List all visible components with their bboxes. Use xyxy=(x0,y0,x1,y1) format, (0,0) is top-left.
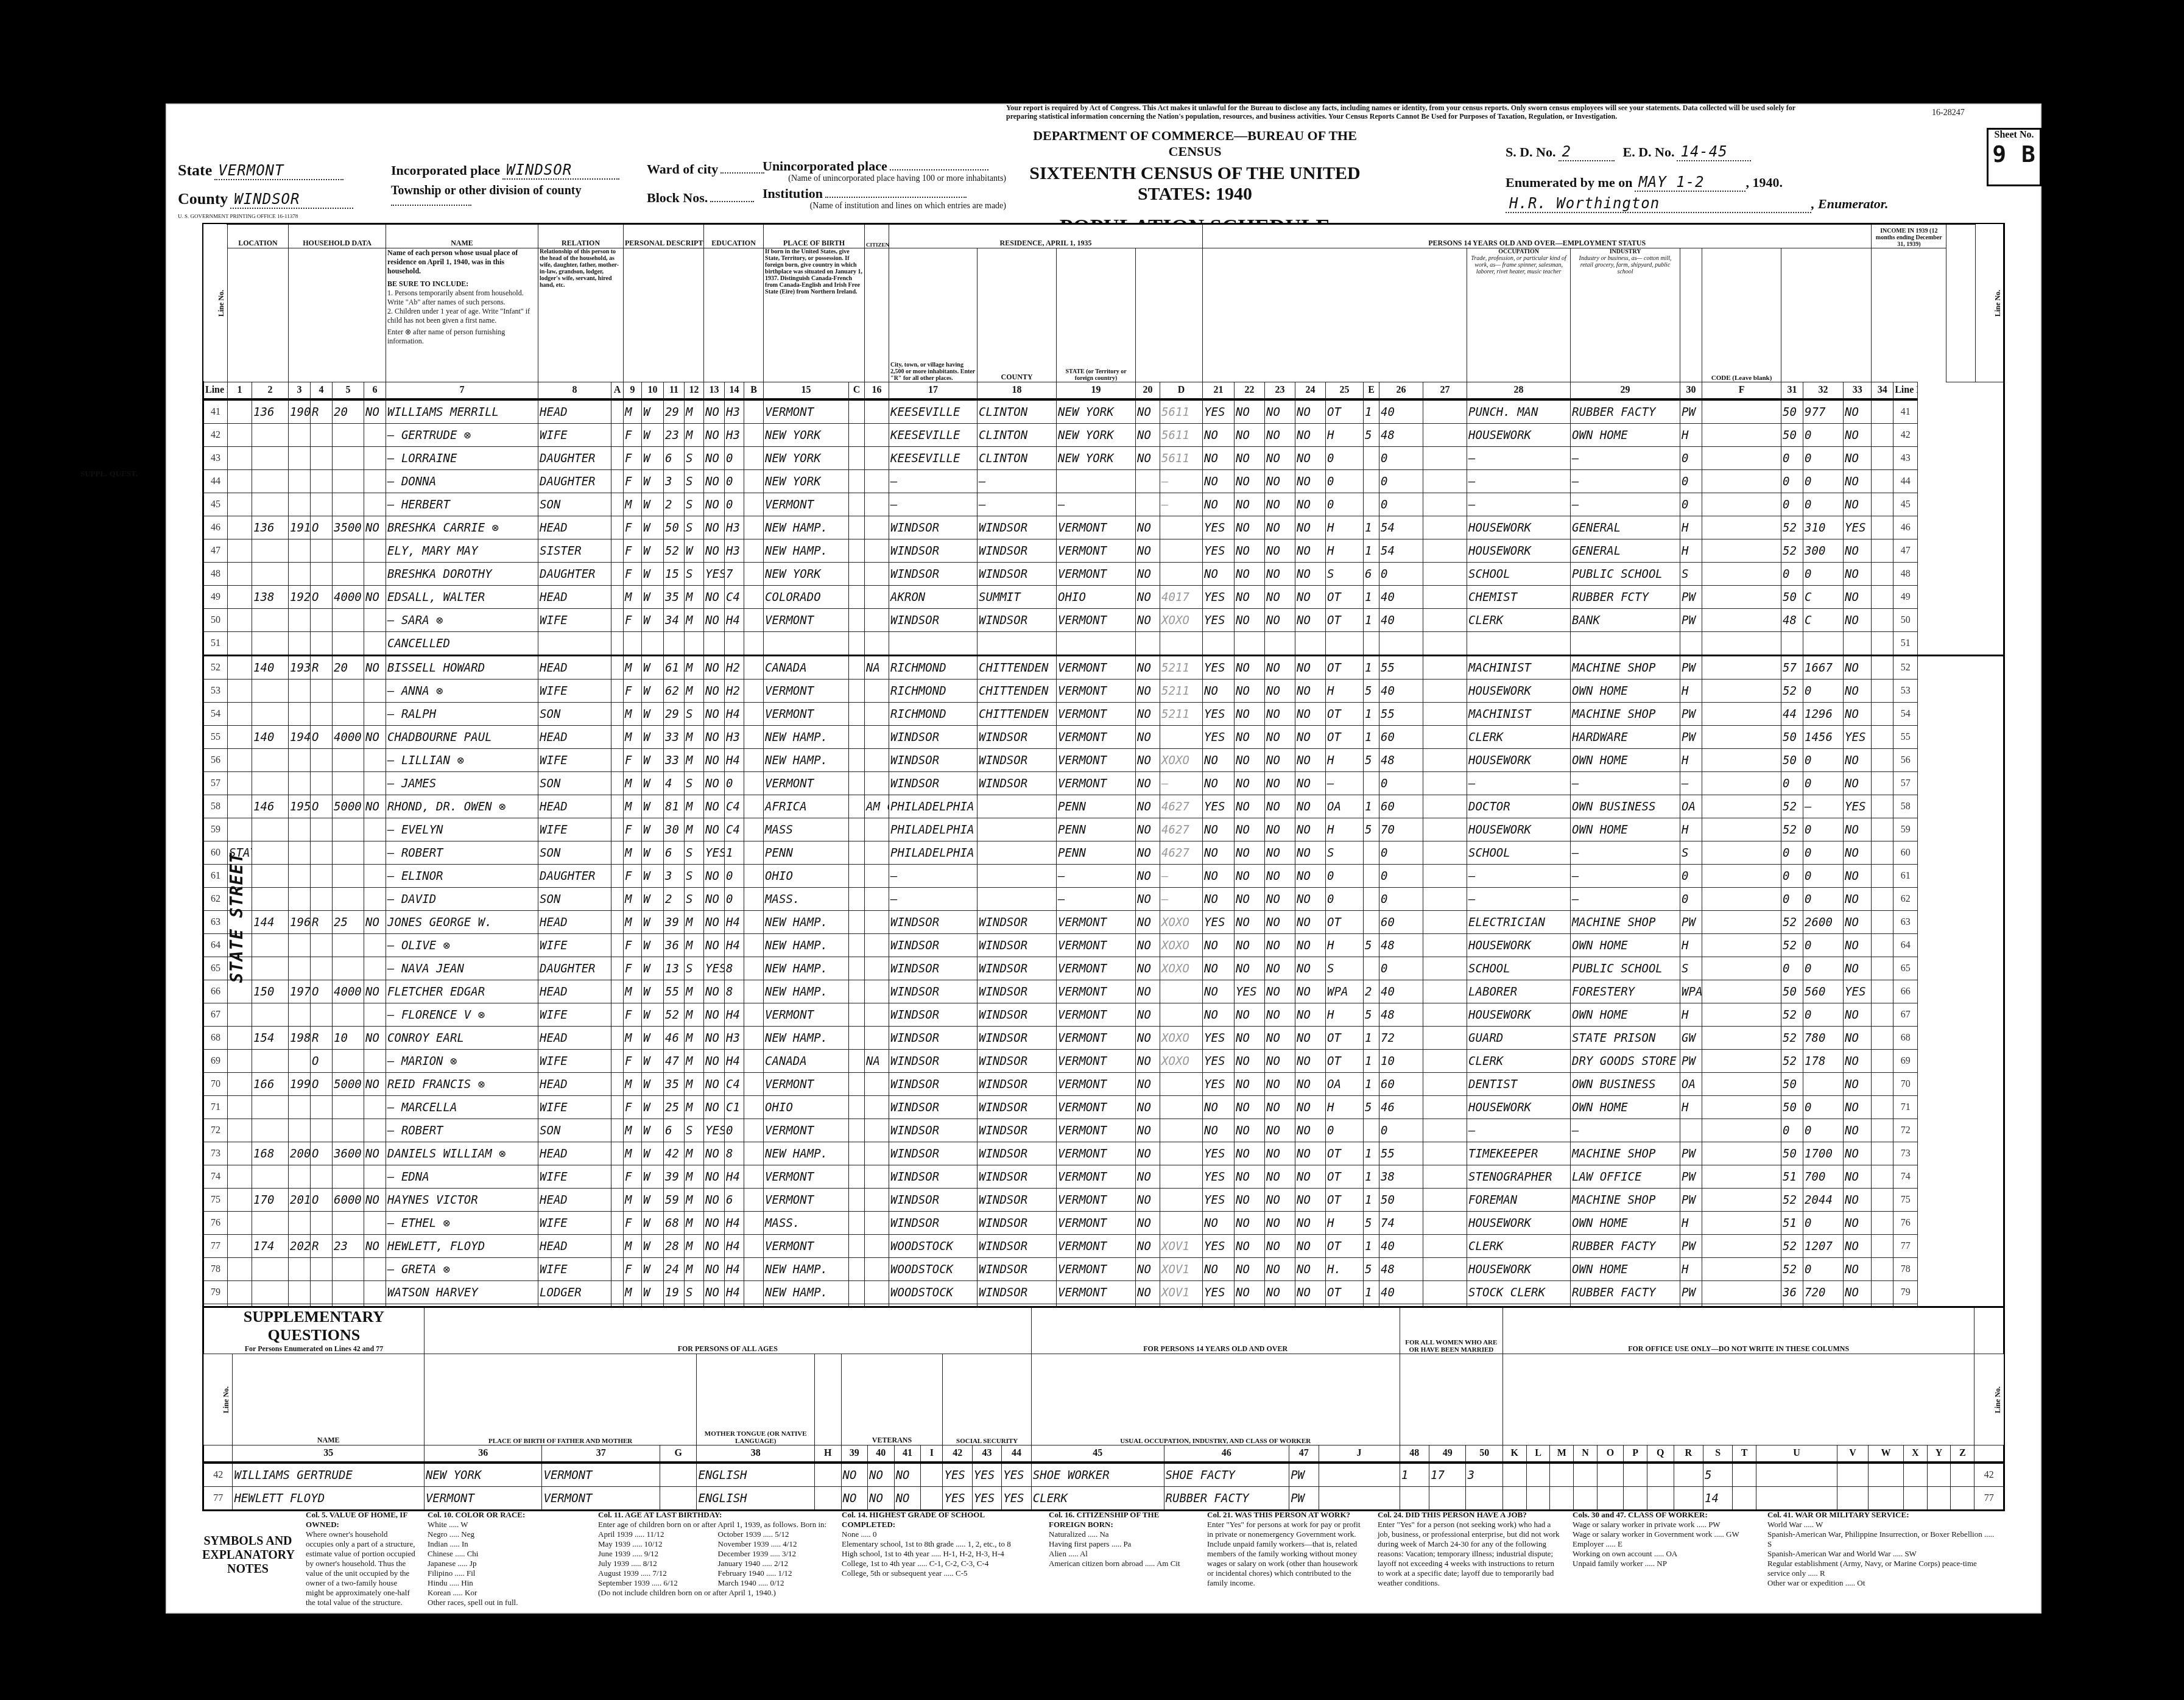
cell-weeks[interactable]: 50 xyxy=(1781,1142,1803,1165)
cell-tenure[interactable]: R xyxy=(311,399,333,424)
cell-weeks[interactable]: 52 xyxy=(1781,1050,1803,1073)
cell-race[interactable]: W xyxy=(642,424,664,447)
cell-occupation[interactable]: CHEMIST xyxy=(1467,586,1571,609)
cell-code-f[interactable] xyxy=(1702,516,1781,539)
cell-county35[interactable]: WINDSOR xyxy=(978,1027,1057,1050)
cell-class[interactable]: H xyxy=(1680,818,1702,841)
cell-city35[interactable]: WINDSOR xyxy=(889,911,978,934)
cell-farm[interactable] xyxy=(364,957,386,980)
supp-cell-c44[interactable]: YES xyxy=(1002,1487,1032,1511)
cell-farm35[interactable]: NO xyxy=(1136,865,1160,888)
cell-code-e[interactable]: 1 xyxy=(1364,1050,1379,1073)
cell-industry[interactable]: OWN BUSINESS xyxy=(1571,1073,1680,1096)
cell-value[interactable] xyxy=(333,1050,364,1073)
cell-marital[interactable]: M xyxy=(685,1189,704,1212)
cell-c21[interactable]: YES xyxy=(1203,1165,1235,1189)
cell-other-inc[interactable]: NO xyxy=(1844,1027,1872,1050)
cell-grade[interactable]: 8 xyxy=(725,980,744,1003)
cell-state35[interactable]: — xyxy=(1057,865,1136,888)
cell-house[interactable] xyxy=(252,749,289,772)
cell-class[interactable]: 0 xyxy=(1680,447,1702,470)
cell-hours[interactable]: 46 xyxy=(1379,1096,1423,1119)
cell-farm[interactable] xyxy=(364,424,386,447)
cell-school[interactable]: NO xyxy=(704,703,725,726)
cell-class[interactable]: — xyxy=(1680,772,1702,795)
cell-house[interactable] xyxy=(252,632,289,656)
cell-house[interactable] xyxy=(252,680,289,703)
cell-street[interactable] xyxy=(228,656,252,680)
cell-sex[interactable]: M xyxy=(624,772,642,795)
cell-house[interactable]: 136 xyxy=(252,516,289,539)
cell-code-f[interactable] xyxy=(1702,772,1781,795)
cell-age[interactable]: 52 xyxy=(664,539,685,563)
cell-farm[interactable] xyxy=(364,1281,386,1304)
cell-other-inc[interactable]: NO xyxy=(1844,957,1872,980)
cell-class[interactable]: H xyxy=(1680,1212,1702,1235)
cell-state35[interactable]: VERMONT xyxy=(1057,934,1136,957)
cell-c22[interactable]: NO xyxy=(1235,399,1265,424)
cell-marital[interactable]: M xyxy=(685,656,704,680)
cell-code-a[interactable] xyxy=(611,1212,624,1235)
cell-weeks[interactable]: 52 xyxy=(1781,1235,1803,1258)
cell-hours[interactable]: 48 xyxy=(1379,1258,1423,1281)
cell-race[interactable]: W xyxy=(642,586,664,609)
cell-farm-sched[interactable] xyxy=(1872,1096,1893,1119)
cell-other-inc[interactable]: NO xyxy=(1844,656,1872,680)
cell-street[interactable] xyxy=(228,1281,252,1304)
supp-cell-code-j[interactable] xyxy=(1319,1463,1400,1487)
cell-dur[interactable] xyxy=(1423,424,1467,447)
cell-marital[interactable]: M xyxy=(685,1235,704,1258)
cell-state35[interactable]: PENN xyxy=(1057,818,1136,841)
cell-code-b[interactable] xyxy=(744,749,764,772)
cell-name[interactable]: WILLIAMS MERRILL xyxy=(386,399,538,424)
cell-c24[interactable]: NO xyxy=(1295,424,1326,447)
cell-name[interactable]: — EDNA xyxy=(386,1165,538,1189)
county-value[interactable]: WINDSOR xyxy=(230,191,353,209)
cell-hours[interactable]: 0 xyxy=(1379,865,1423,888)
cell-farm-sched[interactable] xyxy=(1872,957,1893,980)
cell-house[interactable]: 144 xyxy=(252,911,289,934)
cell-farm[interactable] xyxy=(364,1258,386,1281)
cell-value[interactable]: 4000 xyxy=(333,726,364,749)
cell-cit[interactable] xyxy=(865,586,889,609)
cell-marital[interactable]: S xyxy=(685,1119,704,1142)
cell-school[interactable]: NO xyxy=(704,1258,725,1281)
cell-value[interactable] xyxy=(333,1212,364,1235)
cell-code-e[interactable]: 1 xyxy=(1364,1235,1379,1258)
cell-code-f[interactable] xyxy=(1702,1281,1781,1304)
cell-hours[interactable]: 60 xyxy=(1379,911,1423,934)
cell-wages[interactable]: 1207 xyxy=(1803,1235,1844,1258)
cell-street[interactable] xyxy=(228,493,252,516)
cell-value[interactable] xyxy=(333,539,364,563)
cell-code-a[interactable] xyxy=(611,1073,624,1096)
cell-sex[interactable]: M xyxy=(624,1281,642,1304)
supp-cell-father[interactable]: VERMONT xyxy=(424,1487,542,1511)
cell-dur[interactable] xyxy=(1423,1096,1467,1119)
cell-c23[interactable]: NO xyxy=(1265,447,1295,470)
cell-relation[interactable]: HEAD xyxy=(538,399,611,424)
cell-sex[interactable]: F xyxy=(624,539,642,563)
cell-c24[interactable] xyxy=(1295,632,1326,656)
cell-county35[interactable]: CHITTENDEN xyxy=(978,703,1057,726)
cell-code-e[interactable]: 1 xyxy=(1364,1165,1379,1189)
cell-c21[interactable]: NO xyxy=(1203,957,1235,980)
cell-state35[interactable]: — xyxy=(1057,888,1136,911)
cell-tenure[interactable] xyxy=(311,632,333,656)
cell-hh[interactable] xyxy=(289,447,311,470)
cell-age[interactable]: 35 xyxy=(664,1073,685,1096)
cell-cit[interactable] xyxy=(865,1212,889,1235)
cell-code-a[interactable] xyxy=(611,399,624,424)
cell-tenure[interactable]: R xyxy=(311,656,333,680)
cell-street[interactable] xyxy=(228,447,252,470)
cell-tenure[interactable] xyxy=(311,703,333,726)
cell-code-f[interactable] xyxy=(1702,1119,1781,1142)
cell-state35[interactable]: VERMONT xyxy=(1057,1027,1136,1050)
cell-farm-sched[interactable] xyxy=(1872,1073,1893,1096)
cell-dur[interactable] xyxy=(1423,470,1467,493)
cell-house[interactable] xyxy=(252,703,289,726)
cell-code-b[interactable] xyxy=(744,1165,764,1189)
cell-county35[interactable]: CHITTENDEN xyxy=(978,680,1057,703)
cell-hours[interactable] xyxy=(1379,632,1423,656)
cell-street[interactable] xyxy=(228,632,252,656)
cell-house[interactable] xyxy=(252,934,289,957)
cell-farm-sched[interactable] xyxy=(1872,749,1893,772)
cell-c25[interactable]: H xyxy=(1326,516,1364,539)
cell-marital[interactable]: M xyxy=(685,1050,704,1073)
cell-marital[interactable]: S xyxy=(685,1281,704,1304)
cell-farm-sched[interactable] xyxy=(1872,888,1893,911)
cell-other-inc[interactable]: NO xyxy=(1844,818,1872,841)
cell-c23[interactable]: NO xyxy=(1265,424,1295,447)
cell-industry[interactable] xyxy=(1571,632,1680,656)
cell-hh[interactable] xyxy=(289,539,311,563)
cell-cit[interactable] xyxy=(865,609,889,632)
supp-cell-y[interactable] xyxy=(1927,1463,1951,1487)
cell-cit[interactable] xyxy=(865,749,889,772)
cell-wages[interactable]: 1667 xyxy=(1803,656,1844,680)
supp-cell-n[interactable] xyxy=(1574,1487,1597,1511)
cell-code-a[interactable] xyxy=(611,470,624,493)
supp-cell-language[interactable]: ENGLISH xyxy=(697,1463,815,1487)
cell-c23[interactable]: NO xyxy=(1265,493,1295,516)
cell-code-e[interactable]: 5 xyxy=(1364,680,1379,703)
cell-hh[interactable] xyxy=(289,1050,311,1073)
supp-cell-father[interactable]: NEW YORK xyxy=(424,1463,542,1487)
cell-weeks[interactable]: 50 xyxy=(1781,980,1803,1003)
cell-code-a[interactable] xyxy=(611,841,624,865)
cell-marital[interactable]: M xyxy=(685,1073,704,1096)
cell-tenure[interactable] xyxy=(311,493,333,516)
cell-hh[interactable]: 192 xyxy=(289,586,311,609)
cell-code-c[interactable] xyxy=(849,980,865,1003)
cell-name[interactable]: WATSON HARVEY xyxy=(386,1281,538,1304)
cell-occupation[interactable]: — xyxy=(1467,470,1571,493)
cell-city35[interactable]: PHILADELPHIA xyxy=(889,818,978,841)
cell-hh[interactable] xyxy=(289,818,311,841)
cell-house[interactable] xyxy=(252,818,289,841)
cell-c23[interactable]: NO xyxy=(1265,911,1295,934)
cell-county35[interactable]: WINDSOR xyxy=(978,1003,1057,1027)
incorporated-place-value[interactable]: WINDSOR xyxy=(502,161,619,180)
cell-c25[interactable]: OT xyxy=(1326,1027,1364,1050)
cell-farm35[interactable]: NO xyxy=(1136,841,1160,865)
cell-house[interactable] xyxy=(252,865,289,888)
cell-c22[interactable]: NO xyxy=(1235,493,1265,516)
cell-hh[interactable] xyxy=(289,609,311,632)
cell-code-f[interactable] xyxy=(1702,1189,1781,1212)
cell-farm[interactable] xyxy=(364,447,386,470)
cell-sex[interactable]: M xyxy=(624,726,642,749)
cell-house[interactable]: 170 xyxy=(252,1189,289,1212)
cell-class[interactable]: PW xyxy=(1680,399,1702,424)
cell-age[interactable]: 42 xyxy=(664,1142,685,1165)
cell-c21[interactable]: NO xyxy=(1203,865,1235,888)
cell-code-f[interactable] xyxy=(1702,980,1781,1003)
cell-wages[interactable]: 0 xyxy=(1803,888,1844,911)
cell-school[interactable]: NO xyxy=(704,795,725,818)
cell-street[interactable] xyxy=(228,470,252,493)
cell-class[interactable]: PW xyxy=(1680,1050,1702,1073)
cell-hh[interactable] xyxy=(289,1212,311,1235)
cell-race[interactable]: W xyxy=(642,749,664,772)
cell-grade[interactable]: 0 xyxy=(725,772,744,795)
cell-weeks[interactable]: 52 xyxy=(1781,911,1803,934)
cell-cit[interactable] xyxy=(865,888,889,911)
cell-code-f[interactable] xyxy=(1702,1212,1781,1235)
cell-code-c[interactable] xyxy=(849,1212,865,1235)
cell-dur[interactable] xyxy=(1423,865,1467,888)
cell-state35[interactable]: NEW YORK xyxy=(1057,424,1136,447)
cell-sex[interactable]: M xyxy=(624,656,642,680)
cell-code-d[interactable]: XOXO xyxy=(1160,609,1203,632)
cell-hours[interactable]: 74 xyxy=(1379,1212,1423,1235)
cell-name[interactable]: RHOND, DR. OWEN ⊗ xyxy=(386,795,538,818)
cell-school[interactable]: NO xyxy=(704,1281,725,1304)
cell-state35[interactable]: VERMONT xyxy=(1057,1073,1136,1096)
cell-street[interactable] xyxy=(228,1212,252,1235)
cell-c25[interactable]: 0 xyxy=(1326,470,1364,493)
cell-grade[interactable]: H3 xyxy=(725,539,744,563)
cell-city35[interactable]: — xyxy=(889,493,978,516)
cell-cit[interactable] xyxy=(865,1096,889,1119)
cell-class[interactable]: PW xyxy=(1680,1189,1702,1212)
cell-wages[interactable]: 2044 xyxy=(1803,1189,1844,1212)
cell-code-f[interactable] xyxy=(1702,911,1781,934)
cell-county35[interactable]: WINDSOR xyxy=(978,1142,1057,1165)
cell-grade[interactable]: 0 xyxy=(725,447,744,470)
supp-cell-x[interactable] xyxy=(1903,1463,1927,1487)
cell-code-a[interactable] xyxy=(611,957,624,980)
cell-c25[interactable]: OT xyxy=(1326,1165,1364,1189)
cell-cit[interactable] xyxy=(865,957,889,980)
cell-street[interactable] xyxy=(228,1050,252,1073)
cell-c24[interactable]: NO xyxy=(1295,1003,1326,1027)
supp-cell-o[interactable] xyxy=(1597,1487,1624,1511)
cell-farm[interactable] xyxy=(364,772,386,795)
cell-occupation[interactable]: — xyxy=(1467,1119,1571,1142)
cell-hours[interactable]: 0 xyxy=(1379,772,1423,795)
cell-name[interactable]: — NAVA JEAN xyxy=(386,957,538,980)
supp-cell-w[interactable] xyxy=(1868,1463,1903,1487)
cell-c22[interactable]: NO xyxy=(1235,470,1265,493)
cell-c25[interactable]: H xyxy=(1326,818,1364,841)
cell-grade[interactable]: H4 xyxy=(725,1003,744,1027)
supp-cell-z[interactable] xyxy=(1951,1487,1974,1511)
cell-occupation[interactable]: HOUSEWORK xyxy=(1467,516,1571,539)
cell-weeks[interactable]: 51 xyxy=(1781,1165,1803,1189)
cell-farm35[interactable]: NO xyxy=(1136,1119,1160,1142)
cell-marital[interactable]: S xyxy=(685,516,704,539)
cell-city35[interactable]: RICHMOND xyxy=(889,680,978,703)
cell-code-e[interactable] xyxy=(1364,888,1379,911)
cell-c24[interactable]: NO xyxy=(1295,865,1326,888)
cell-state35[interactable]: VERMONT xyxy=(1057,1003,1136,1027)
cell-c22[interactable]: NO xyxy=(1235,516,1265,539)
cell-grade[interactable]: H4 xyxy=(725,1050,744,1073)
cell-city35[interactable]: WINDSOR xyxy=(889,1073,978,1096)
cell-c24[interactable]: NO xyxy=(1295,911,1326,934)
cell-sex[interactable]: M xyxy=(624,841,642,865)
cell-birthplace[interactable]: VERMONT xyxy=(764,1073,849,1096)
cell-relation[interactable]: SON xyxy=(538,1119,611,1142)
cell-c24[interactable]: NO xyxy=(1295,680,1326,703)
cell-code-e[interactable] xyxy=(1364,957,1379,980)
cell-value[interactable]: 5000 xyxy=(333,1073,364,1096)
cell-school[interactable]: NO xyxy=(704,865,725,888)
cell-code-a[interactable] xyxy=(611,1003,624,1027)
cell-other-inc[interactable]: NO xyxy=(1844,563,1872,586)
cell-state35[interactable]: VERMONT xyxy=(1057,772,1136,795)
cell-age[interactable]: 6 xyxy=(664,447,685,470)
cell-name[interactable]: CHADBOURNE PAUL xyxy=(386,726,538,749)
cell-age[interactable]: 47 xyxy=(664,1050,685,1073)
cell-c22[interactable] xyxy=(1235,632,1265,656)
cell-wages[interactable]: 700 xyxy=(1803,1165,1844,1189)
cell-code-b[interactable] xyxy=(744,772,764,795)
cell-farm-sched[interactable] xyxy=(1872,1050,1893,1073)
cell-dur[interactable] xyxy=(1423,957,1467,980)
cell-code-d[interactable]: 4627 xyxy=(1160,841,1203,865)
cell-weeks[interactable]: 52 xyxy=(1781,818,1803,841)
cell-weeks[interactable]: 50 xyxy=(1781,749,1803,772)
cell-industry[interactable]: — xyxy=(1571,888,1680,911)
cell-marital[interactable]: S xyxy=(685,703,704,726)
cell-cit[interactable] xyxy=(865,447,889,470)
cell-industry[interactable]: OWN HOME xyxy=(1571,749,1680,772)
cell-farm-sched[interactable] xyxy=(1872,1003,1893,1027)
cell-c24[interactable]: NO xyxy=(1295,1050,1326,1073)
cell-c25[interactable]: OT xyxy=(1326,703,1364,726)
cell-marital[interactable]: M xyxy=(685,609,704,632)
cell-cit[interactable] xyxy=(865,470,889,493)
cell-wages[interactable]: 0 xyxy=(1803,1212,1844,1235)
cell-grade[interactable]: C1 xyxy=(725,1096,744,1119)
supp-cell-q[interactable] xyxy=(1647,1463,1674,1487)
cell-grade[interactable]: H4 xyxy=(725,1165,744,1189)
cell-name[interactable]: — OLIVE ⊗ xyxy=(386,934,538,957)
cell-c22[interactable]: NO xyxy=(1235,539,1265,563)
cell-name[interactable]: — DAVID xyxy=(386,888,538,911)
cell-grade[interactable]: 6 xyxy=(725,1189,744,1212)
cell-weeks[interactable]: 52 xyxy=(1781,795,1803,818)
cell-farm-sched[interactable] xyxy=(1872,980,1893,1003)
cell-name[interactable]: — GERTRUDE ⊗ xyxy=(386,424,538,447)
cell-class[interactable]: PW xyxy=(1680,911,1702,934)
cell-code-e[interactable]: 1 xyxy=(1364,399,1379,424)
cell-farm35[interactable]: NO xyxy=(1136,726,1160,749)
cell-c24[interactable]: NO xyxy=(1295,1119,1326,1142)
cell-c23[interactable]: NO xyxy=(1265,539,1295,563)
cell-sex[interactable]: F xyxy=(624,424,642,447)
cell-c21[interactable]: NO xyxy=(1203,1096,1235,1119)
cell-c25[interactable]: OT xyxy=(1326,911,1364,934)
cell-value[interactable] xyxy=(333,680,364,703)
cell-code-e[interactable]: 1 xyxy=(1364,586,1379,609)
cell-class[interactable]: H xyxy=(1680,516,1702,539)
cell-county35[interactable]: CLINTON xyxy=(978,447,1057,470)
cell-school[interactable]: NO xyxy=(704,493,725,516)
cell-cit[interactable] xyxy=(865,1281,889,1304)
cell-industry[interactable]: PUBLIC SCHOOL xyxy=(1571,957,1680,980)
cell-age[interactable]: 6 xyxy=(664,841,685,865)
cell-code-c[interactable] xyxy=(849,1189,865,1212)
supp-cell-t[interactable] xyxy=(1733,1463,1756,1487)
supp-cell-code-h[interactable] xyxy=(815,1463,842,1487)
cell-marital[interactable]: S xyxy=(685,888,704,911)
cell-c25[interactable] xyxy=(1326,632,1364,656)
cell-code-d[interactable]: 5611 xyxy=(1160,447,1203,470)
cell-race[interactable]: W xyxy=(642,447,664,470)
cell-county35[interactable] xyxy=(978,795,1057,818)
cell-grade[interactable]: C4 xyxy=(725,818,744,841)
cell-code-d[interactable]: 4627 xyxy=(1160,795,1203,818)
cell-tenure[interactable] xyxy=(311,1212,333,1235)
cell-street[interactable] xyxy=(228,424,252,447)
cell-farm-sched[interactable] xyxy=(1872,493,1893,516)
supp-cell-c49[interactable] xyxy=(1429,1487,1466,1511)
cell-farm35[interactable]: NO xyxy=(1136,911,1160,934)
cell-farm-sched[interactable] xyxy=(1872,1165,1893,1189)
cell-c25[interactable]: OT xyxy=(1326,1235,1364,1258)
cell-house[interactable] xyxy=(252,1119,289,1142)
cell-city35[interactable]: AKRON xyxy=(889,586,978,609)
cell-c24[interactable]: NO xyxy=(1295,1189,1326,1212)
cell-race[interactable]: W xyxy=(642,1258,664,1281)
supp-cell-usual-occ[interactable]: CLERK xyxy=(1031,1487,1164,1511)
supp-cell-c44[interactable]: YES xyxy=(1002,1463,1032,1487)
cell-tenure[interactable] xyxy=(311,772,333,795)
cell-code-f[interactable] xyxy=(1702,1073,1781,1096)
cell-county35[interactable]: WINDSOR xyxy=(978,1212,1057,1235)
cell-code-a[interactable] xyxy=(611,1050,624,1073)
cell-code-f[interactable] xyxy=(1702,888,1781,911)
cell-c22[interactable]: YES xyxy=(1235,980,1265,1003)
cell-cit[interactable] xyxy=(865,980,889,1003)
cell-birthplace[interactable]: NEW HAMP. xyxy=(764,1142,849,1165)
cell-city35[interactable]: WINDSOR xyxy=(889,563,978,586)
cell-c24[interactable]: NO xyxy=(1295,703,1326,726)
cell-age[interactable]: 2 xyxy=(664,493,685,516)
cell-farm35[interactable]: NO xyxy=(1136,772,1160,795)
cell-class[interactable]: H xyxy=(1680,934,1702,957)
cell-farm35[interactable]: NO xyxy=(1136,609,1160,632)
cell-dur[interactable] xyxy=(1423,516,1467,539)
cell-value[interactable] xyxy=(333,888,364,911)
